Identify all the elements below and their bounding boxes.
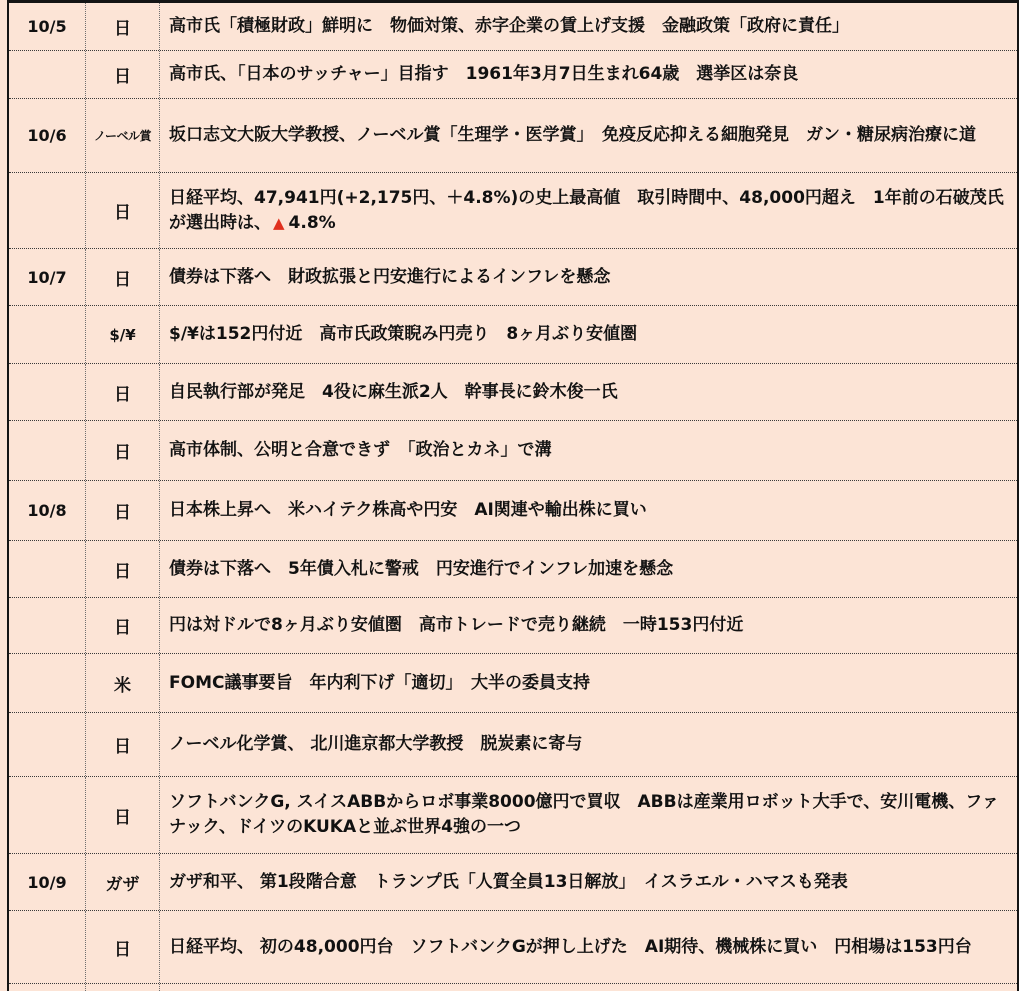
date-cell [9,51,85,98]
headline-cell: 円は対ドルで8ヶ月ぶり安値圏 高市トレードで売り継続 一時153円付近 [160,598,1017,653]
date-cell [9,911,85,983]
headline-cell [160,984,1017,991]
headline-text: ガザ和平、 第1段階合意 トランプ氏「人質全員13日解放」 イスラエル・ハマスも… [169,870,848,895]
table-row: 日 日経平均、 初の48,000円台 ソフトバンクGが押し上げた AI期待、機械… [9,911,1017,984]
headline-text: 日経平均、47,941円(+2,175円、＋4.8%)の史上最高値 取引時間中、… [169,186,1007,236]
headline-text: ソフトバンクG, スイスABBからロボ事業8000億円で買収 ABBは産業用ロボ… [169,790,1007,840]
date-cell [9,777,85,853]
headline-text: 坂口志文大阪大学教授、ノーベル賞「生理学・医学賞」 免疫反応抑える細胞発見 ガン… [169,123,976,148]
date-cell [9,984,85,991]
category-cell: 日 [85,421,160,480]
headline-text: 高市体制、公明と合意できず 「政治とカネ」で溝 [169,438,552,463]
headline-text: 日本株上昇へ 米ハイテク株高や円安 AI関連や輸出株に買い [169,498,647,523]
date-cell [9,713,85,776]
date-cell [9,598,85,653]
table-row: 米 FOMC議事要旨 年内利下げ「適切」 大半の委員支持 [9,654,1017,713]
category-cell: 日 [85,364,160,420]
table-row: 日 債券は下落へ 5年債入札に警戒 円安進行でインフレ加速を懸念 [9,541,1017,598]
news-table-grid: 10/5 日 高市氏「積極財政」鮮明に 物価対策、赤字企業の賃上げ支援 金融政策… [7,0,1019,991]
table-row: 日 高市体制、公明と合意できず 「政治とカネ」で溝 [9,421,1017,481]
date-cell [9,654,85,712]
date-cell [9,173,85,248]
headline-text: 円は対ドルで8ヶ月ぶり安値圏 高市トレードで売り継続 一時153円付近 [169,613,743,638]
table-row: 10/9 ガザ ガザ和平、 第1段階合意 トランプ氏「人質全員13日解放」 イス… [9,854,1017,911]
headline-cell: 債券は下落へ 5年債入札に警戒 円安進行でインフレ加速を懸念 [160,541,1017,597]
category-cell: 日 [85,598,160,653]
table-row: 日 高市氏、「日本のサッチャー」目指す 1961年3月7日生まれ64歳 選挙区は… [9,51,1017,99]
headline-text: 日経平均、 初の48,000円台 ソフトバンクGが押し上げた AI期待、機械株に… [169,935,972,960]
headline-cell: 日経平均、47,941円(+2,175円、＋4.8%)の史上最高値 取引時間中、… [160,173,1017,248]
headline-text: $/¥は152円付近 高市氏政策睨み円売り 8ヶ月ぶり安値圏 [169,322,637,347]
category-cell: ノーベル賞 [85,99,160,172]
category-cell: 日 [85,173,160,248]
table-row: 日 日経平均、47,941円(+2,175円、＋4.8%)の史上最高値 取引時間… [9,173,1017,249]
table-row: 10/8 日 日本株上昇へ 米ハイテク株高や円安 AI関連や輸出株に買い [9,481,1017,541]
table-row-partial [9,984,1017,991]
headline-text: 自民執行部が発足 4役に麻生派2人 幹事長に鈴木俊一氏 [169,380,618,405]
category-cell: 日 [85,51,160,98]
table-row: 日 ソフトバンクG, スイスABBからロボ事業8000億円で買収 ABBは産業用… [9,777,1017,854]
headline-text: 高市氏「積極財政」鮮明に 物価対策、赤字企業の賃上げ支援 金融政策「政府に責任」 [169,14,849,39]
headline-text: ノーベル化学賞、 北川進京都大学教授 脱炭素に寄与 [169,732,582,757]
headline-text: 債券は下落へ 財政拡張と円安進行によるインフレを懸念 [169,265,610,290]
table-row: 日 ノーベル化学賞、 北川進京都大学教授 脱炭素に寄与 [9,713,1017,777]
date-cell: 10/6 [9,99,85,172]
headline-text: FOMC議事要旨 年内利下げ「適切」 大半の委員支持 [169,671,590,696]
date-cell [9,541,85,597]
table-row: 10/6 ノーベル賞 坂口志文大阪大学教授、ノーベル賞「生理学・医学賞」 免疫反… [9,99,1017,173]
date-cell [9,364,85,420]
table-row: 日 自民執行部が発足 4役に麻生派2人 幹事長に鈴木俊一氏 [9,364,1017,421]
headline-cell: $/¥は152円付近 高市氏政策睨み円売り 8ヶ月ぶり安値圏 [160,306,1017,363]
category-cell: 日 [85,249,160,305]
news-table: 10/5 日 高市氏「積極財政」鮮明に 物価対策、赤字企業の賃上げ支援 金融政策… [0,0,1024,991]
headline-text: 高市氏、「日本のサッチャー」目指す 1961年3月7日生まれ64歳 選挙区は奈良 [169,62,798,87]
headline-cell: ソフトバンクG, スイスABBからロボ事業8000億円で買収 ABBは産業用ロボ… [160,777,1017,853]
table-row: 10/5 日 高市氏「積極財政」鮮明に 物価対策、赤字企業の賃上げ支援 金融政策… [9,3,1017,51]
headline-cell: 債券は下落へ 財政拡張と円安進行によるインフレを懸念 [160,249,1017,305]
headline-cell: 日本株上昇へ 米ハイテク株高や円安 AI関連や輸出株に買い [160,481,1017,540]
red-up-triangle-icon: ▲ [273,214,285,232]
headline-cell: ノーベル化学賞、 北川進京都大学教授 脱炭素に寄与 [160,713,1017,776]
category-cell: ガザ [85,854,160,910]
headline-cell: 高市氏「積極財政」鮮明に 物価対策、赤字企業の賃上げ支援 金融政策「政府に責任」 [160,3,1017,50]
headline-cell: ガザ和平、 第1段階合意 トランプ氏「人質全員13日解放」 イスラエル・ハマスも… [160,854,1017,910]
date-cell: 10/5 [9,3,85,50]
category-cell: 日 [85,481,160,540]
date-cell: 10/8 [9,481,85,540]
headline-cell: 日経平均、 初の48,000円台 ソフトバンクGが押し上げた AI期待、機械株に… [160,911,1017,983]
category-cell: 日 [85,713,160,776]
headline-cell: 高市氏、「日本のサッチャー」目指す 1961年3月7日生まれ64歳 選挙区は奈良 [160,51,1017,98]
category-cell: $/¥ [85,306,160,363]
date-cell: 10/7 [9,249,85,305]
headline-cell: 坂口志文大阪大学教授、ノーベル賞「生理学・医学賞」 免疫反応抑える細胞発見 ガン… [160,99,1017,172]
category-cell: 日 [85,3,160,50]
date-cell [9,306,85,363]
headline-cell: 自民執行部が発足 4役に麻生派2人 幹事長に鈴木俊一氏 [160,364,1017,420]
category-cell: 日 [85,541,160,597]
category-cell: 日 [85,777,160,853]
category-cell: 米 [85,654,160,712]
date-cell [9,421,85,480]
category-cell: 日 [85,911,160,983]
category-cell [85,984,160,991]
table-row: 10/7 日 債券は下落へ 財政拡張と円安進行によるインフレを懸念 [9,249,1017,306]
date-cell: 10/9 [9,854,85,910]
headline-cell: 高市体制、公明と合意できず 「政治とカネ」で溝 [160,421,1017,480]
table-row: 日 円は対ドルで8ヶ月ぶり安値圏 高市トレードで売り継続 一時153円付近 [9,598,1017,654]
sheet-right-gutter [1019,0,1024,991]
headline-cell: FOMC議事要旨 年内利下げ「適切」 大半の委員支持 [160,654,1017,712]
headline-text: 債券は下落へ 5年債入札に警戒 円安進行でインフレ加速を懸念 [169,557,673,582]
table-row: $/¥ $/¥は152円付近 高市氏政策睨み円売り 8ヶ月ぶり安値圏 [9,306,1017,364]
